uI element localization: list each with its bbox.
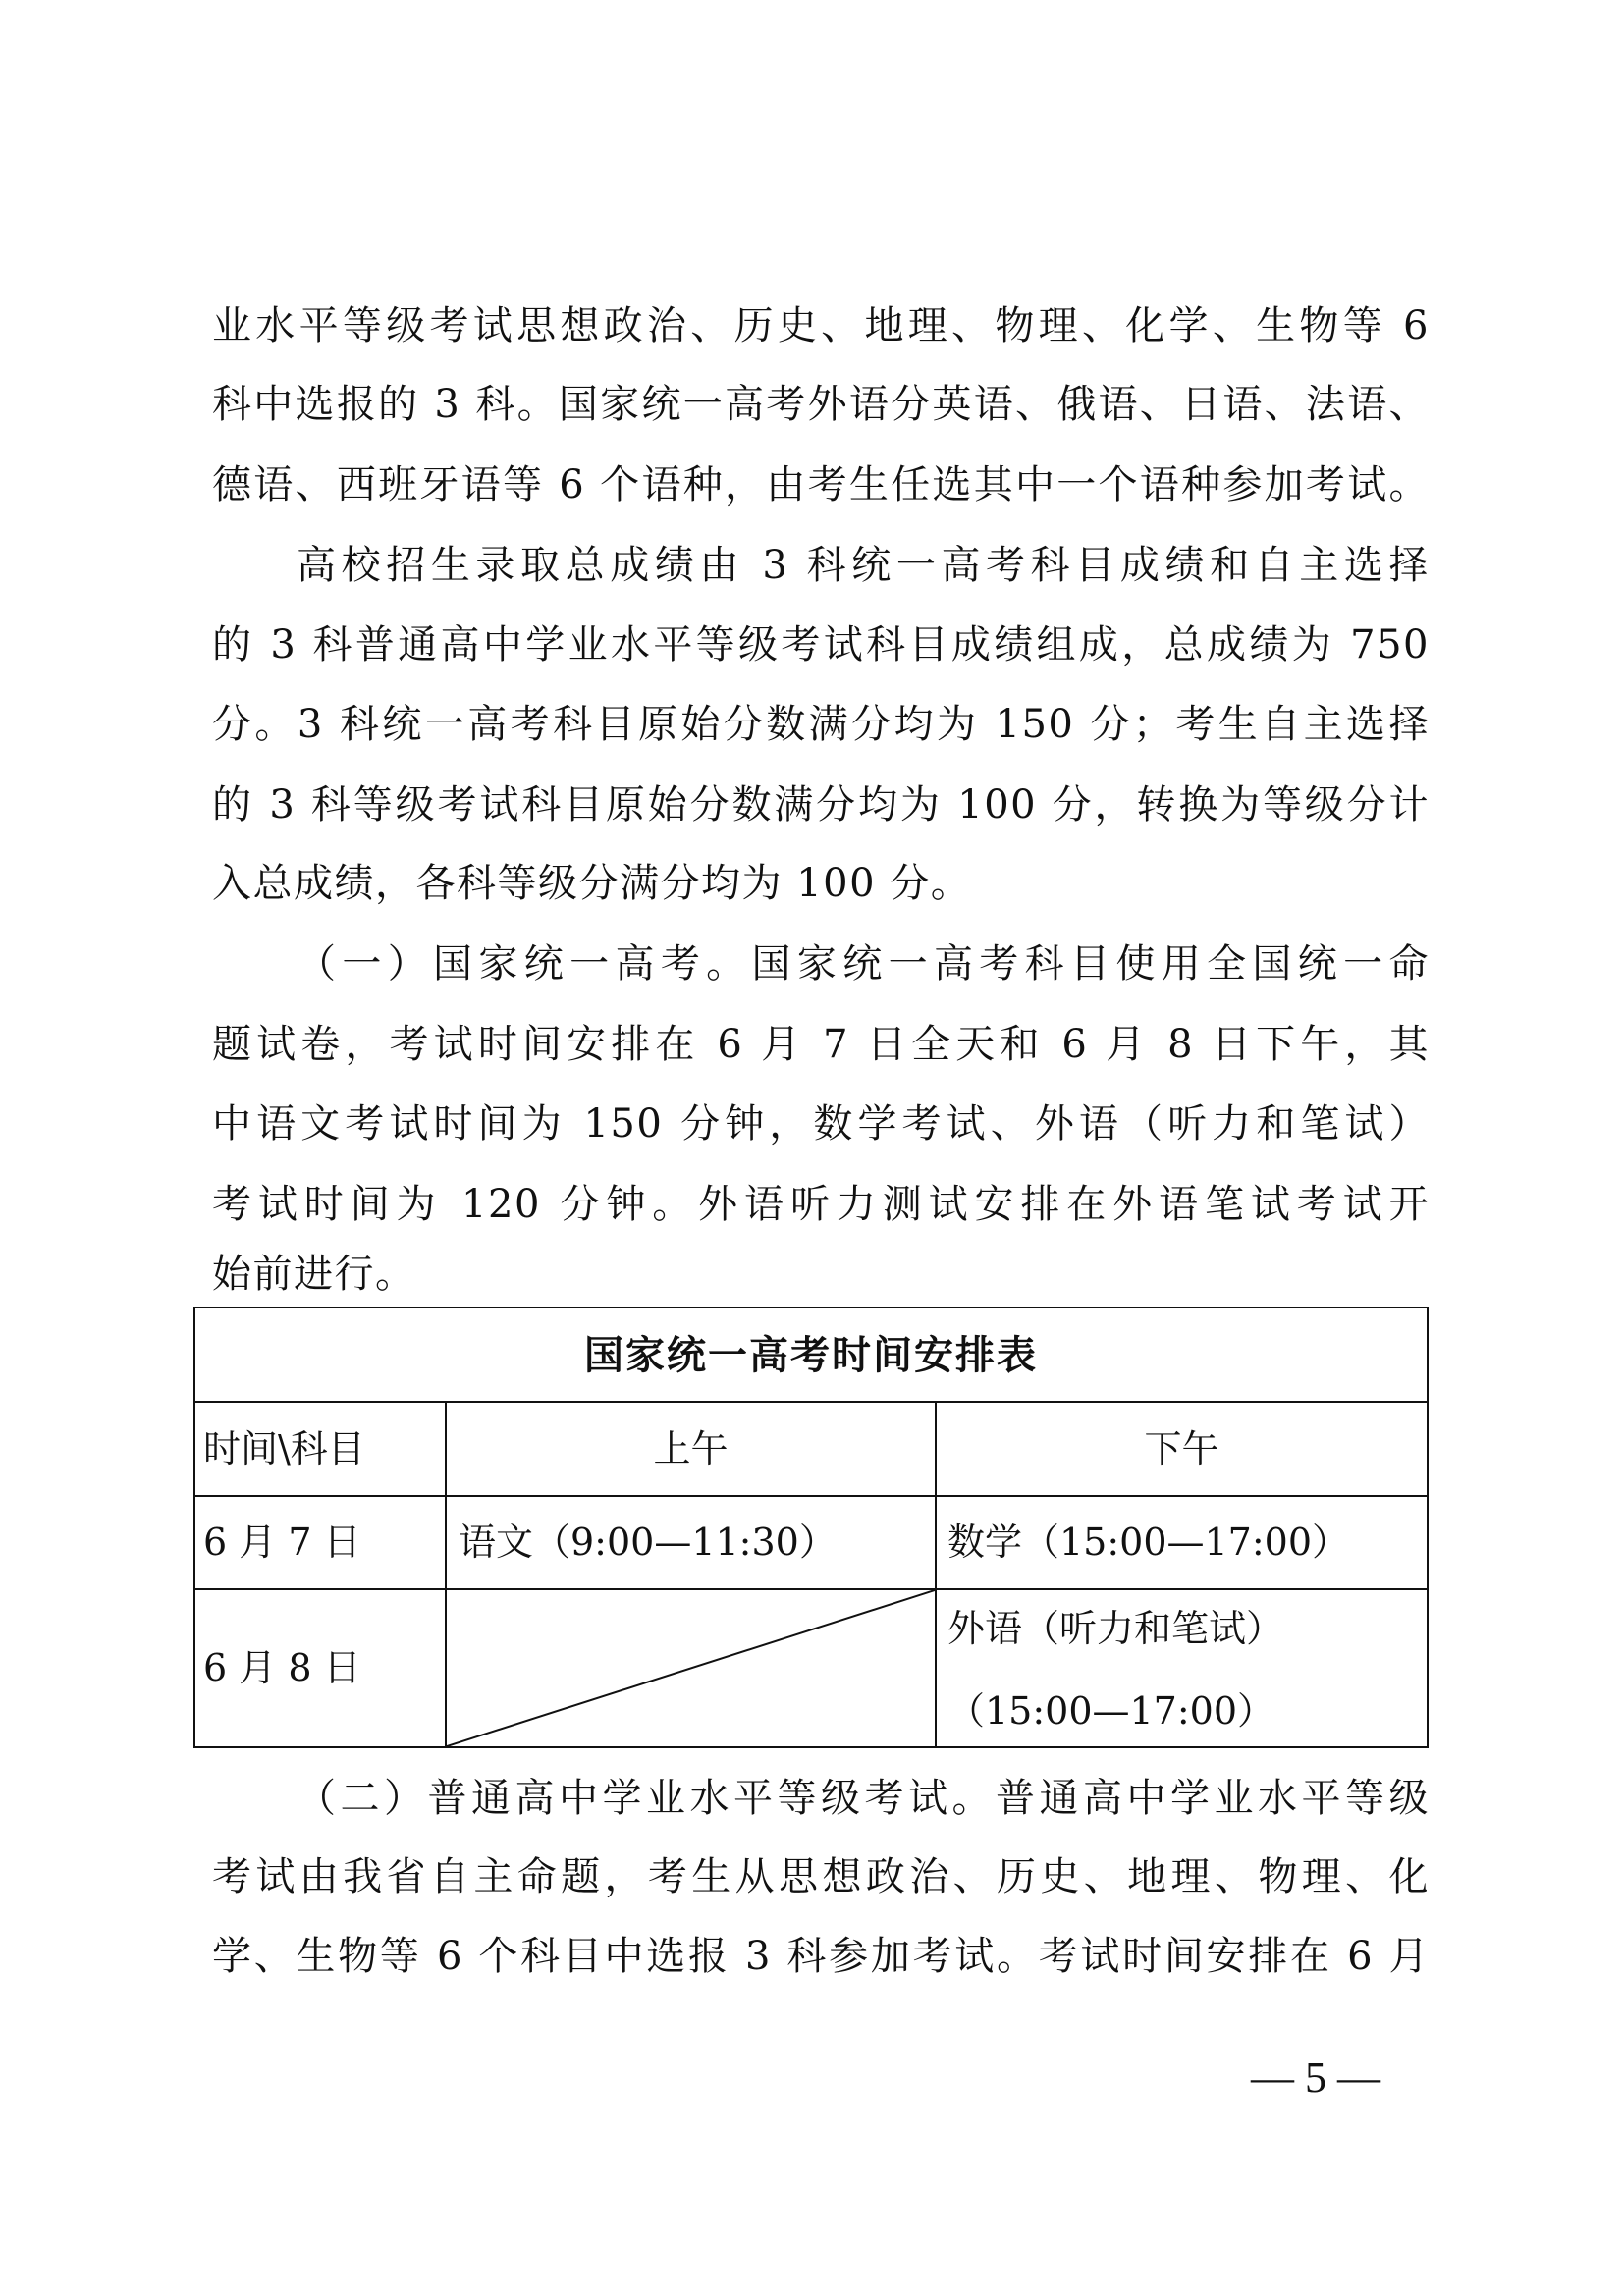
diagonal-slash-empty-cell <box>447 1590 935 1746</box>
table-header-time-subject: 时间\科目 <box>203 1403 443 1495</box>
text-line: 题试卷，考试时间安排在 6 月 7 日全天和 6 月 8 日下午，其 <box>212 1015 1430 1074</box>
document-page: 业水平等级考试思想政治、历史、地理、物理、化学、生物等 6 科中选报的 3 科。… <box>0 0 1623 2296</box>
text-line: 科中选报的 3 科。国家统一高考外语分英语、俄语、日语、法语、 <box>212 375 1430 434</box>
exam-schedule-table: 国家统一高考时间安排表 时间\科目 上午 下午 6 月 7 日 语文（9:00—… <box>193 1307 1429 1748</box>
text-line: 分。3 科统一高考科目原始分数满分均为 150 分；考生自主选择 <box>212 695 1430 754</box>
text-line: 考试由我省自主命题，考生从思想政治、历史、地理、物理、化 <box>212 1847 1430 1906</box>
section-heading-line: （一）国家统一高考。国家统一高考科目使用全国统一命 <box>297 934 1430 993</box>
page-number: — 5 — <box>1247 2054 1384 2103</box>
section-heading-line: （二）普通高中学业水平等级考试。普通高中学业水平等级 <box>297 1769 1430 1828</box>
text-line: 学、生物等 6 个科目中选报 3 科参加考试。考试时间安排在 6 月 <box>212 1927 1430 1986</box>
text-line: 德语、西班牙语等 6 个语种，由考生任选其中一个语种参加考试。 <box>212 455 1430 514</box>
table-cell-date: 6 月 7 日 <box>203 1497 443 1588</box>
text-line: 入总成绩，各科等级分满分均为 100 分。 <box>212 854 1430 913</box>
text-line: 业水平等级考试思想政治、历史、地理、物理、化学、生物等 6 <box>212 296 1430 355</box>
table-header-afternoon: 下午 <box>937 1403 1427 1495</box>
text-line: 中语文考试时间为 150 分钟，数学考试、外语（听力和笔试） <box>212 1095 1430 1153</box>
table-header-morning: 上午 <box>447 1403 935 1495</box>
text-line: 始前进行。 <box>212 1245 1430 1304</box>
text-line: 的 3 科普通高中学业水平等级考试科目成绩组成，总成绩为 750 <box>212 615 1430 674</box>
table-cell-afternoon-line2: （15:00—17:00） <box>947 1685 1423 1740</box>
text-line: 高校招生录取总成绩由 3 科统一高考科目成绩和自主选择 <box>297 536 1430 595</box>
table-cell-date: 6 月 8 日 <box>203 1590 443 1746</box>
table-cell-afternoon-line1: 外语（听力和笔试） <box>947 1603 1423 1658</box>
text-line: 考试时间为 120 分钟。外语听力测试安排在外语笔试考试开 <box>212 1175 1430 1234</box>
text-line: 的 3 科等级考试科目原始分数满分均为 100 分，转换为等级分计 <box>212 775 1430 834</box>
table-cell-afternoon: 数学（15:00—17:00） <box>947 1497 1423 1588</box>
table-cell-morning: 语文（9:00—11:30） <box>459 1497 930 1588</box>
table-title: 国家统一高考时间安排表 <box>195 1308 1427 1403</box>
